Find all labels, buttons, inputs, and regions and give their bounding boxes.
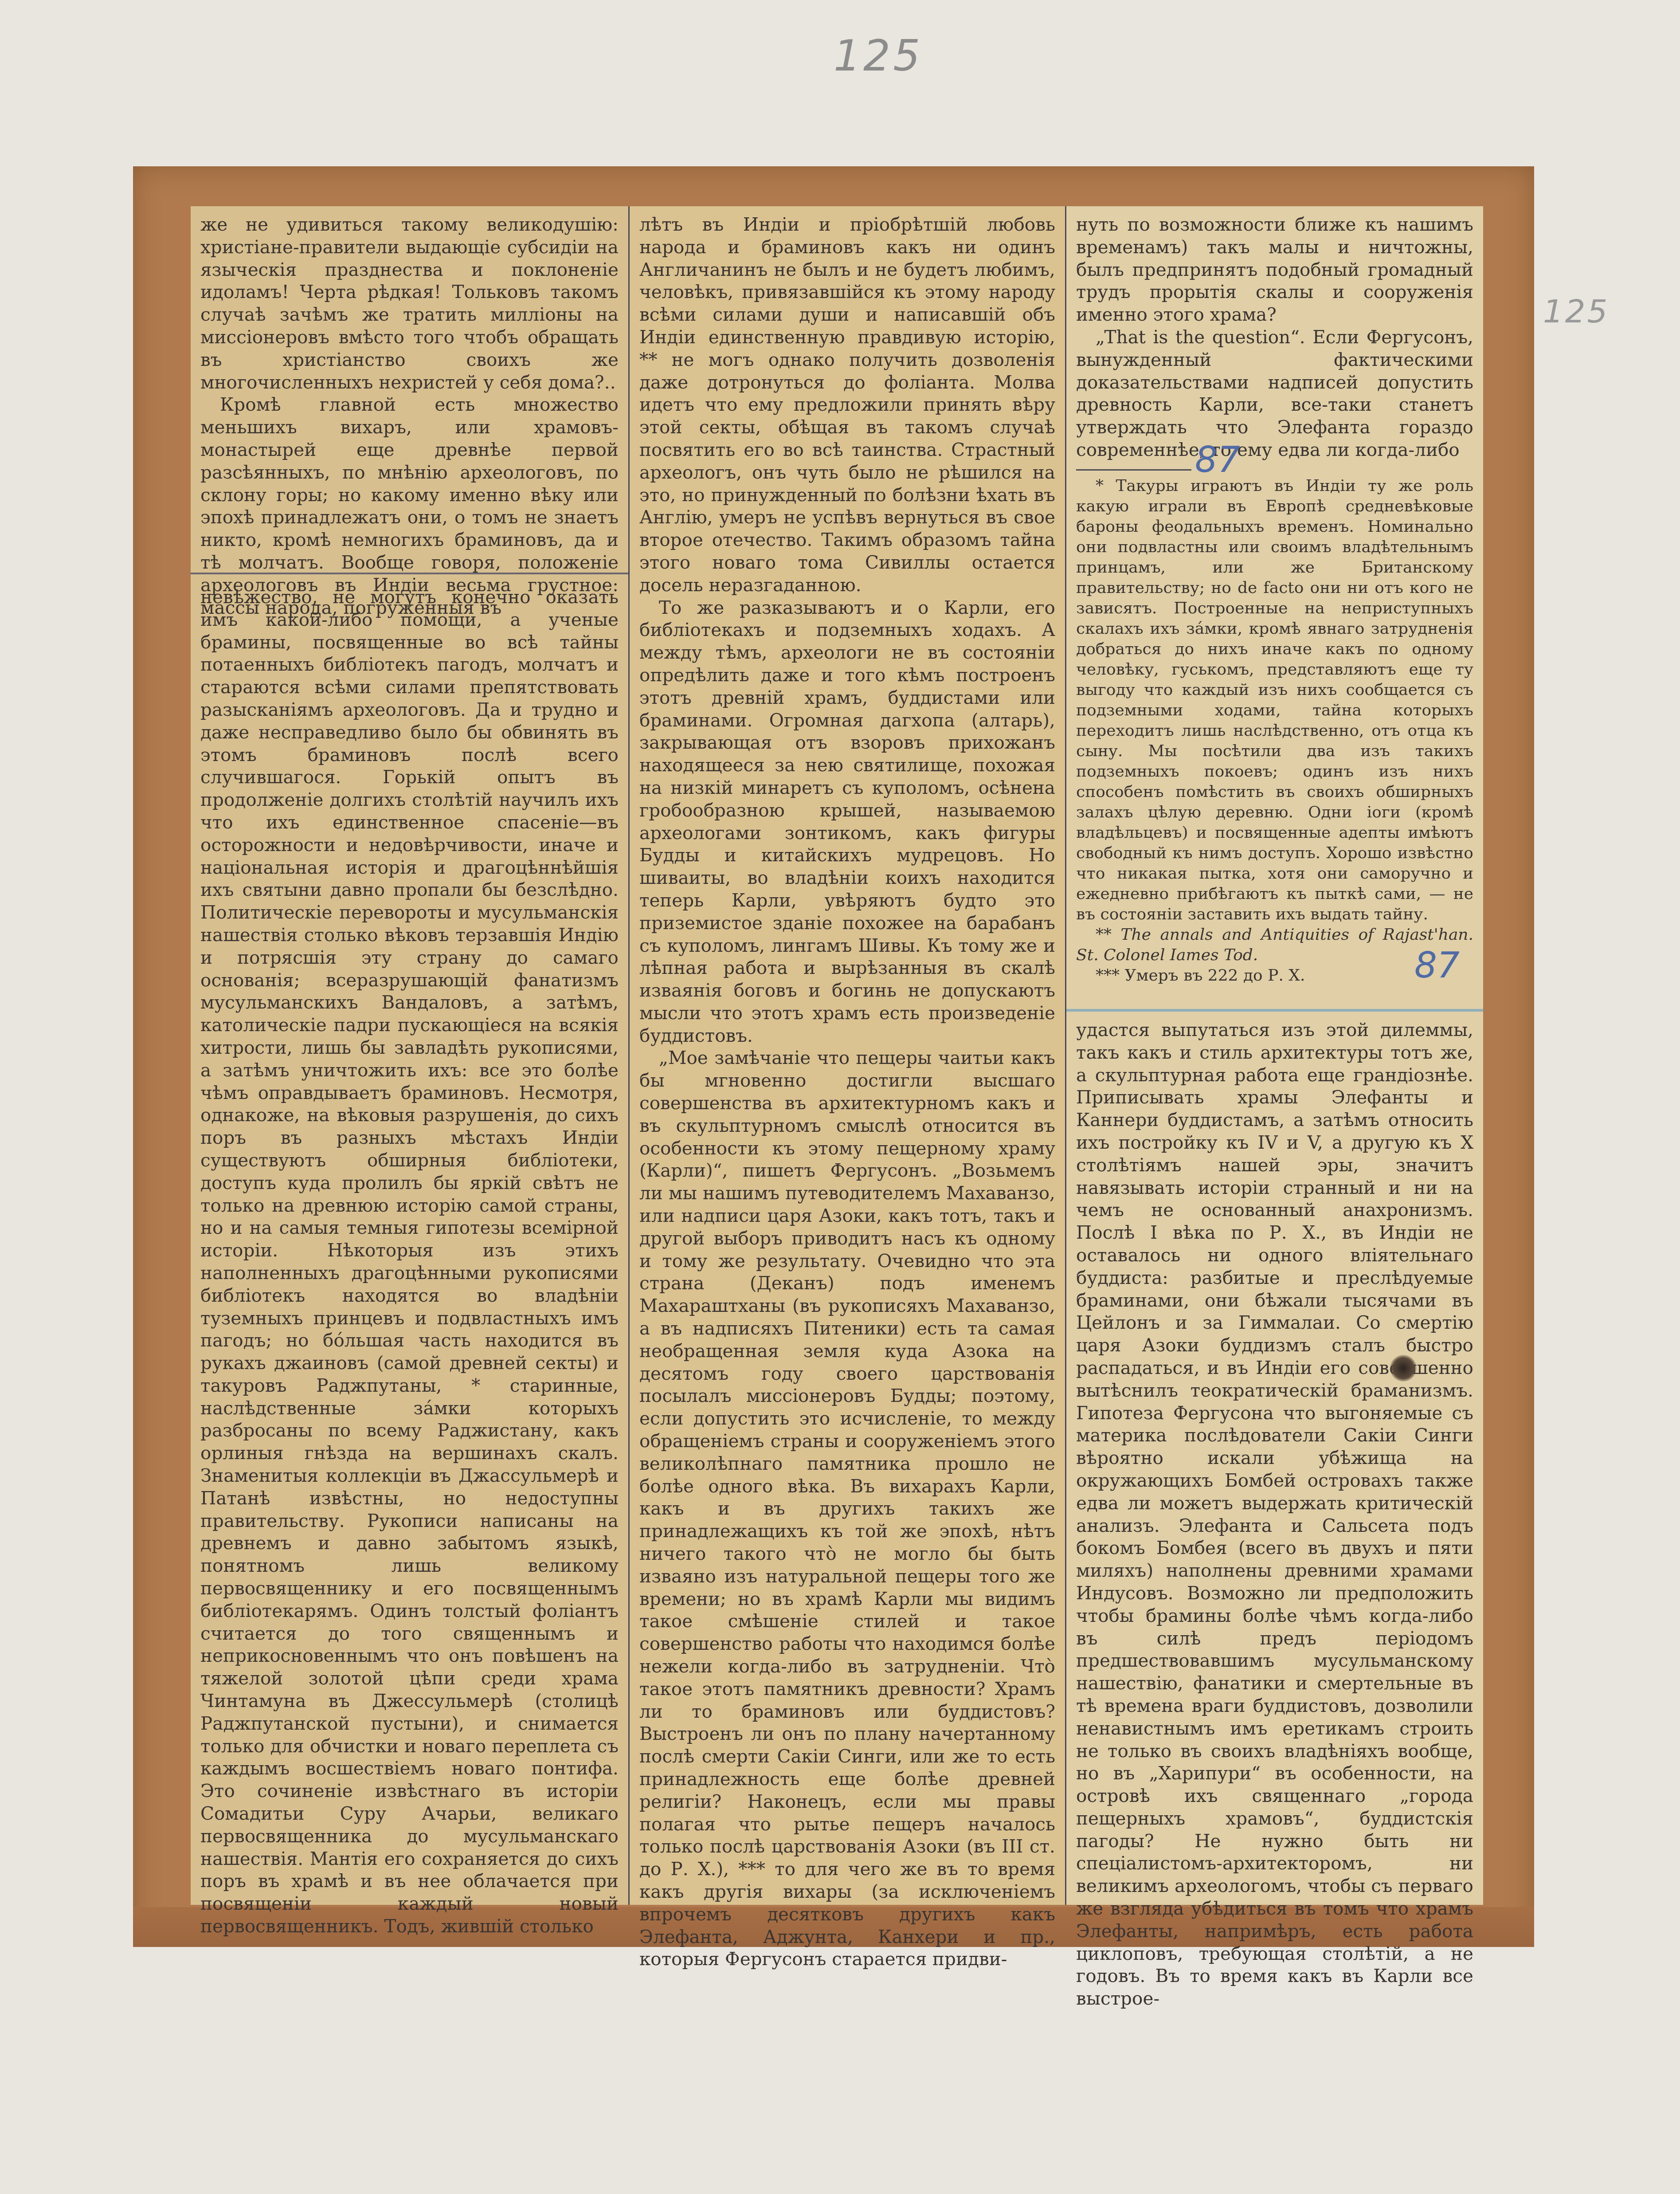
paragraph: невѣжество, не могутъ конечно оказать им… [200,586,619,1938]
ink-stain [1390,1355,1417,1382]
column-1-rest-block: невѣжество, не могутъ конечно оказать им… [191,579,628,1905]
paragraph: „Мое замѣчаніе что пещеры чаитьи какъ бы… [639,1047,1055,1970]
column-3-bottom-block: удастся выпутаться изъ этой дилеммы, так… [1066,1009,1483,1905]
ink-annotation: 87 [1195,439,1240,480]
pencil-page-number-top: 125 [834,31,923,81]
column-3-top-block: нуть по возможности ближе къ нашимъ врем… [1066,206,1483,996]
paragraph: же не удивиться такому великодушію: хрис… [200,213,619,393]
newspaper-clipping: же не удивиться такому великодушію: хрис… [191,206,1483,1905]
column-2: лѣтъ въ Индіи и пріобрѣтшій любовь народ… [630,206,1066,1905]
column-1: же не удивиться такому великодушію: хрис… [191,206,630,1905]
paragraph: „That is the question“. Если Фергусонъ, … [1076,326,1473,461]
paragraph: удастся выпутаться изъ этой дилеммы, так… [1076,1019,1473,2010]
column-1-top-block: же не удивиться такому великодушію: хрис… [191,206,628,574]
column-3: нуть по возможности ближе къ нашимъ врем… [1066,206,1483,1905]
ink-annotation: 87 [1414,945,1460,986]
footnote-3: *** Умеръ въ 222 до Р. Х. [1076,966,1473,986]
paragraph: То же разказываютъ и о Карли, его библіо… [639,597,1055,1047]
footnote-2: ** The annals and Antiquities of Rajast'… [1076,925,1473,966]
pencil-page-number-right: 125 [1543,293,1609,330]
paragraph: нуть по возможности ближе къ нашимъ врем… [1076,213,1473,326]
footnote-1: * Такуры играютъ въ Индіи ту же роль как… [1076,476,1473,925]
paragraph: лѣтъ въ Индіи и пріобрѣтшій любовь народ… [639,213,1055,597]
footnote-divider [1076,469,1191,471]
